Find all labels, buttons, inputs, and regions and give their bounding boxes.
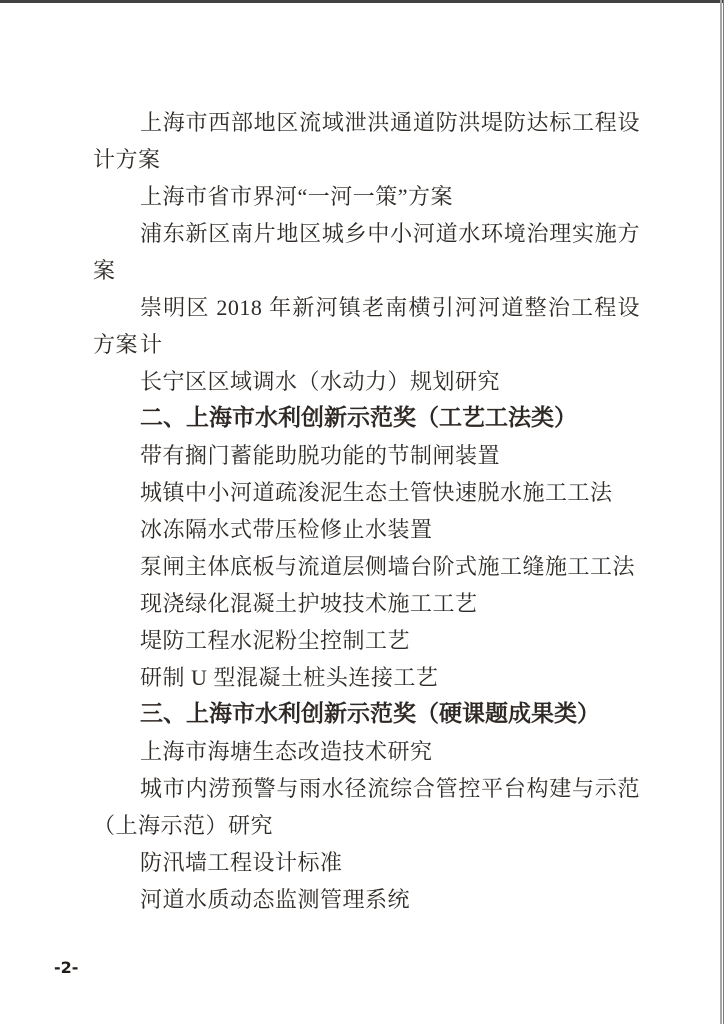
- text-line: 城镇中小河道疏浚泥生态土管快速脱水施工工法: [93, 474, 640, 511]
- text-line: 现浇绿化混凝土护坡技术施工工艺: [93, 585, 640, 622]
- text-line: （上海示范）研究: [93, 807, 640, 844]
- text-line: 冰冻隔水式带压检修止水装置: [93, 511, 640, 548]
- section-heading: 三、上海市水利创新示范奖（硬课题成果类）: [93, 696, 640, 733]
- text-line: 长宁区区域调水（水动力）规划研究: [93, 363, 640, 400]
- text-line: 崇明区 2018 年新河镇老南横引河河道整治工程设计: [93, 289, 640, 326]
- text-line: 上海市西部地区流域泄洪通道防洪堤防达标工程设: [93, 104, 640, 141]
- text-line: 带有搁门蓄能助脱功能的节制闸装置: [93, 437, 640, 474]
- page-number: -2-: [54, 958, 78, 977]
- text-line: 河道水质动态监测管理系统: [93, 881, 640, 918]
- text-line: 计方案: [93, 141, 640, 178]
- text-line: 上海市省市界河“一河一策”方案: [93, 178, 640, 215]
- text-line: 城市内涝预警与雨水径流综合管控平台构建与示范: [93, 770, 640, 807]
- text-line: 堤防工程水泥粉尘控制工艺: [93, 622, 640, 659]
- page-right-edge: [720, 0, 722, 1024]
- scanned-document-page: 上海市西部地区流域泄洪通道防洪堤防达标工程设计方案上海市省市界河“一河一策”方案…: [0, 0, 724, 1024]
- text-line: 泵闸主体底板与流道层侧墙台阶式施工缝施工工法: [93, 548, 640, 585]
- text-line: 案: [93, 252, 640, 289]
- text-line: 方案: [93, 326, 640, 363]
- text-line: 研制 U 型混凝土桩头连接工艺: [93, 659, 640, 696]
- page-top-edge: [0, 0, 724, 3]
- text-line: 浦东新区南片地区城乡中小河道水环境治理实施方: [93, 215, 640, 252]
- document-body: 上海市西部地区流域泄洪通道防洪堤防达标工程设计方案上海市省市界河“一河一策”方案…: [93, 104, 640, 918]
- text-line: 上海市海塘生态改造技术研究: [93, 733, 640, 770]
- text-line: 防汛墙工程设计标准: [93, 844, 640, 881]
- section-heading: 二、上海市水利创新示范奖（工艺工法类）: [93, 400, 640, 437]
